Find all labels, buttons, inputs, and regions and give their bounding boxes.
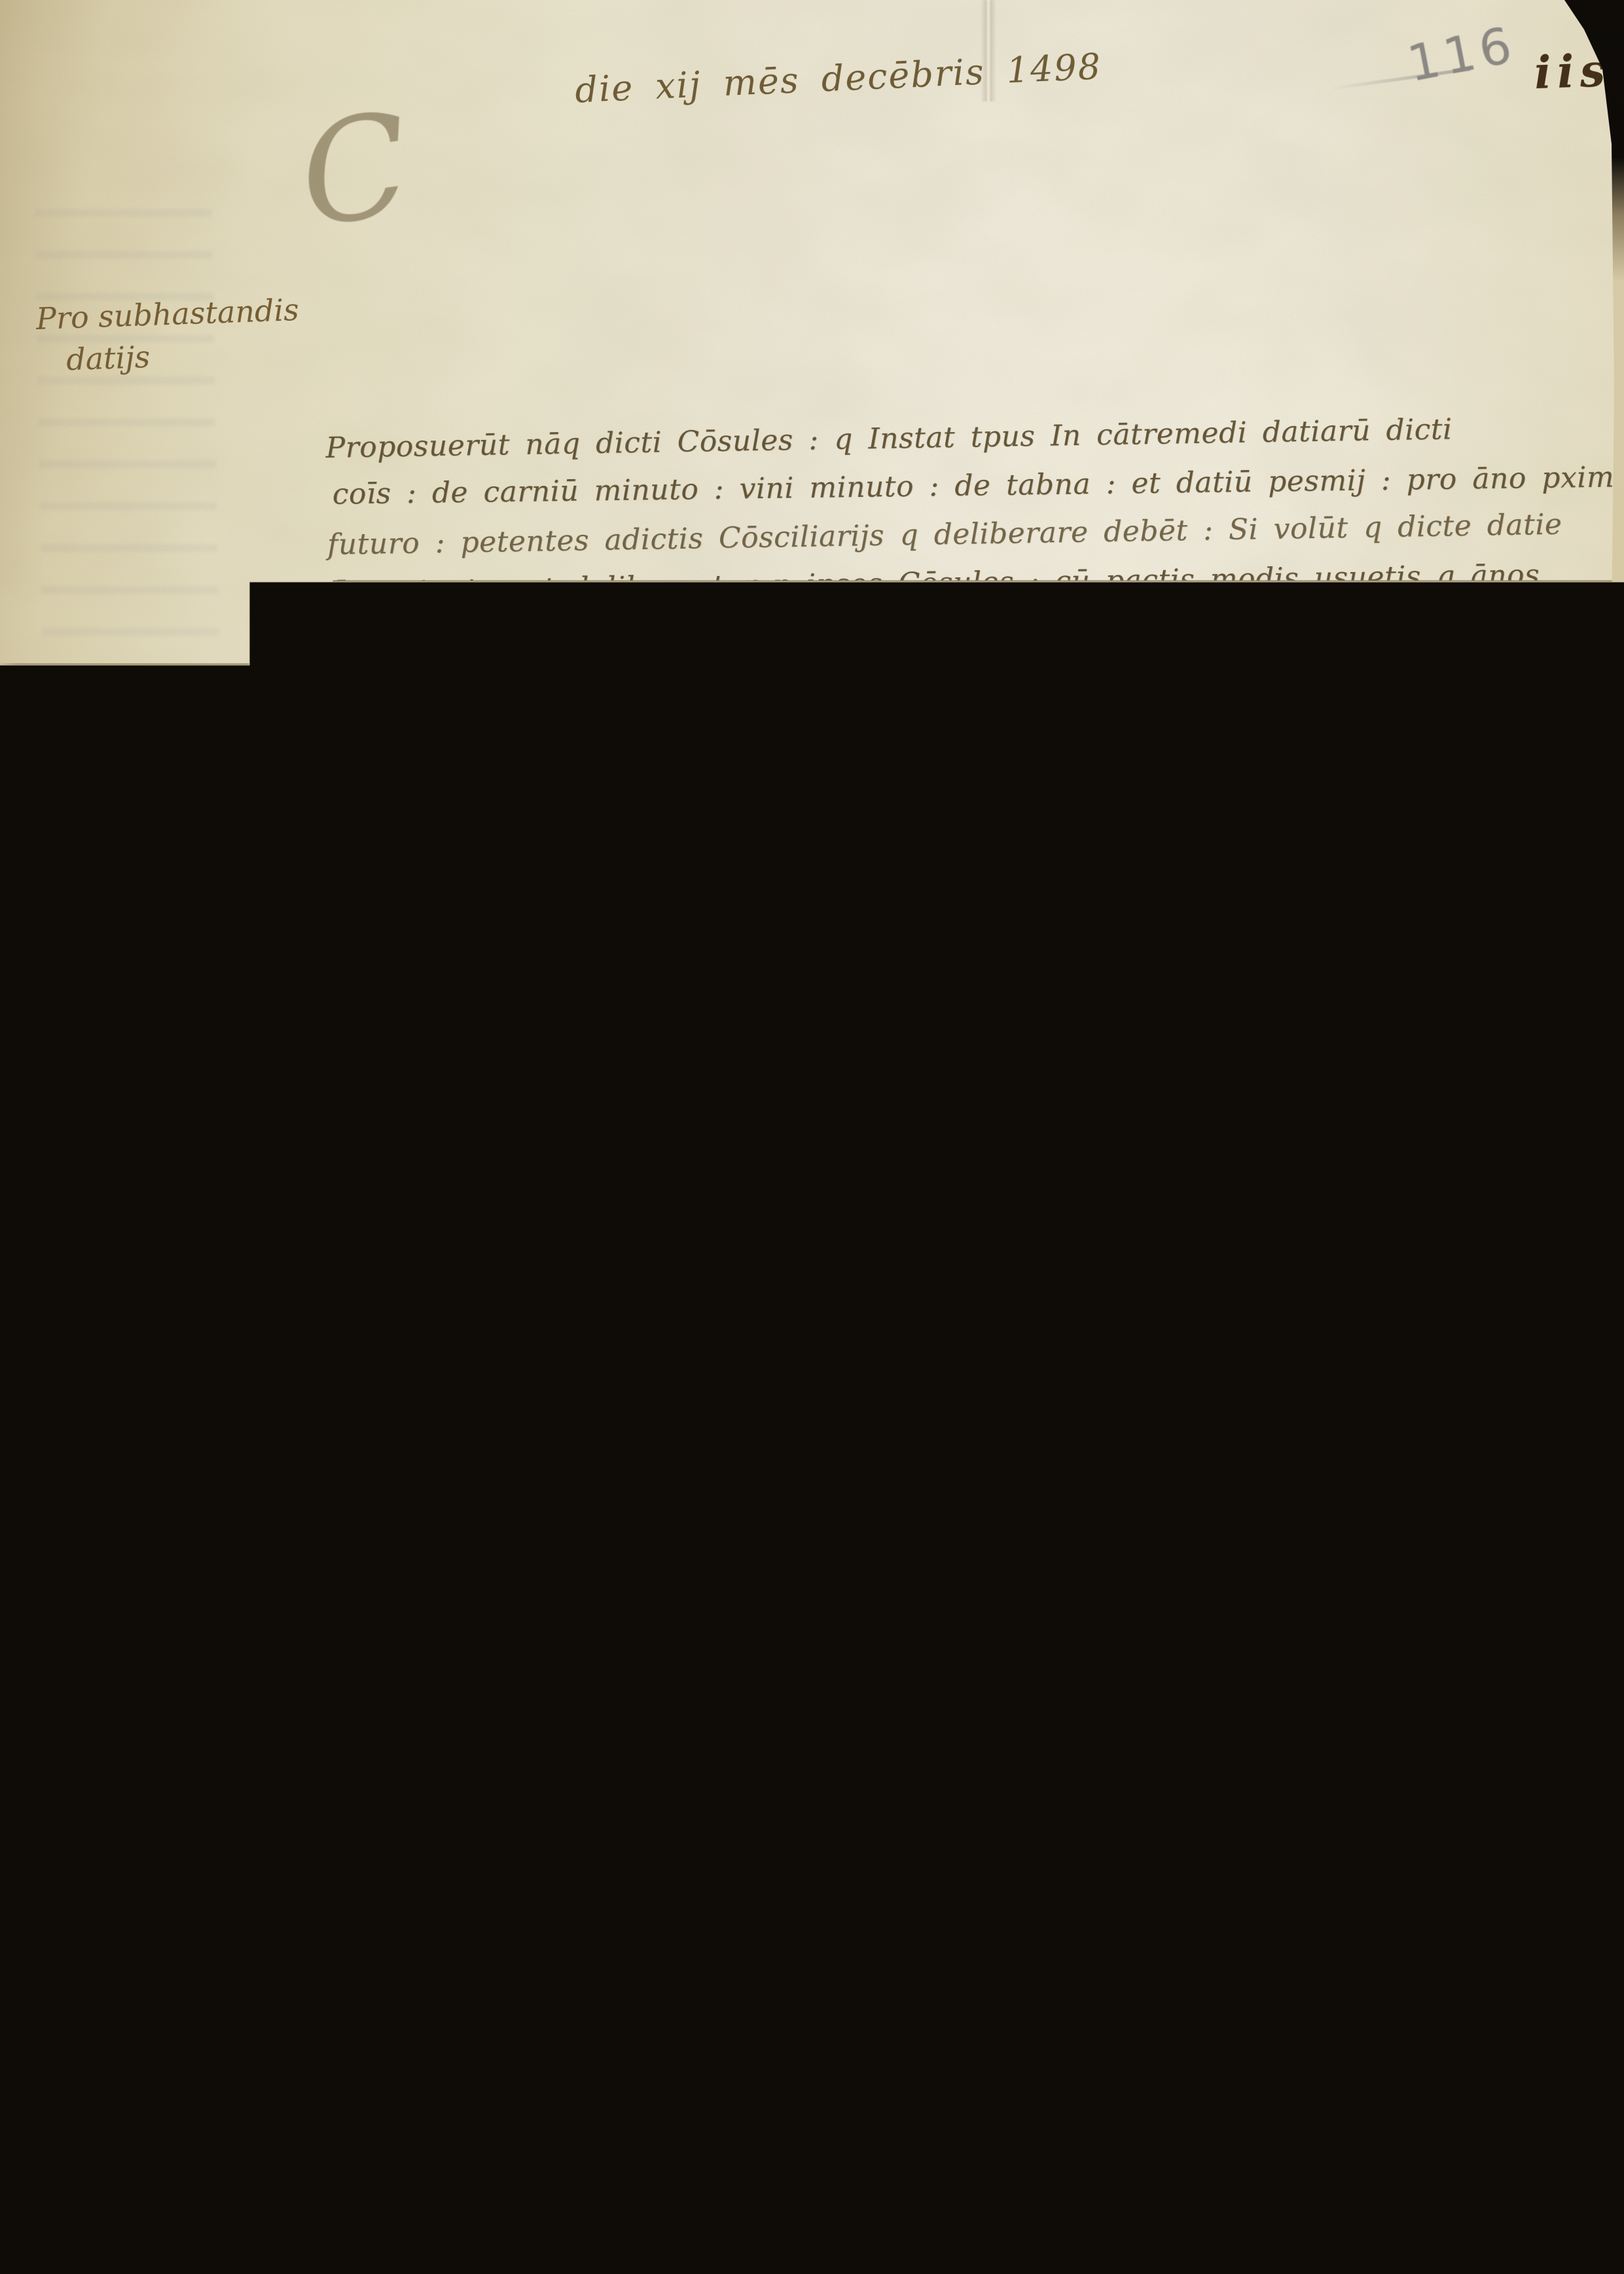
margin-note-subhastandis: Pro subhastandis datijs [35, 289, 301, 382]
showthrough-text: consilium generale datiorum more solito … [70, 933, 1544, 1390]
manuscript-scan: consilium generale datiorum more solito … [0, 0, 1624, 2274]
ink-blot [1220, 130, 1231, 144]
margin-note-muneribus: p muneribus fiendis [23, 1405, 327, 1444]
margin-note-line: datijs [37, 331, 301, 382]
folio-number-pencil: 116 [1403, 15, 1521, 93]
manuscript-page: consilium generale datiorum more solito … [0, 0, 1624, 2274]
paper-crease [981, 0, 996, 101]
paper-specks [0, 0, 2, 2]
text-block-munera: Item pdicti Cōsules proposuerūt in dicto… [325, 1365, 1589, 2006]
paper-crease [31, 2050, 87, 2088]
header-date: die xij mēs decēbris 1498 [574, 46, 1102, 111]
paper-crease [89, 2096, 166, 2161]
text-block-datia: Proposuerūt nāq dicti Cōsules : q Instat… [325, 403, 1583, 909]
